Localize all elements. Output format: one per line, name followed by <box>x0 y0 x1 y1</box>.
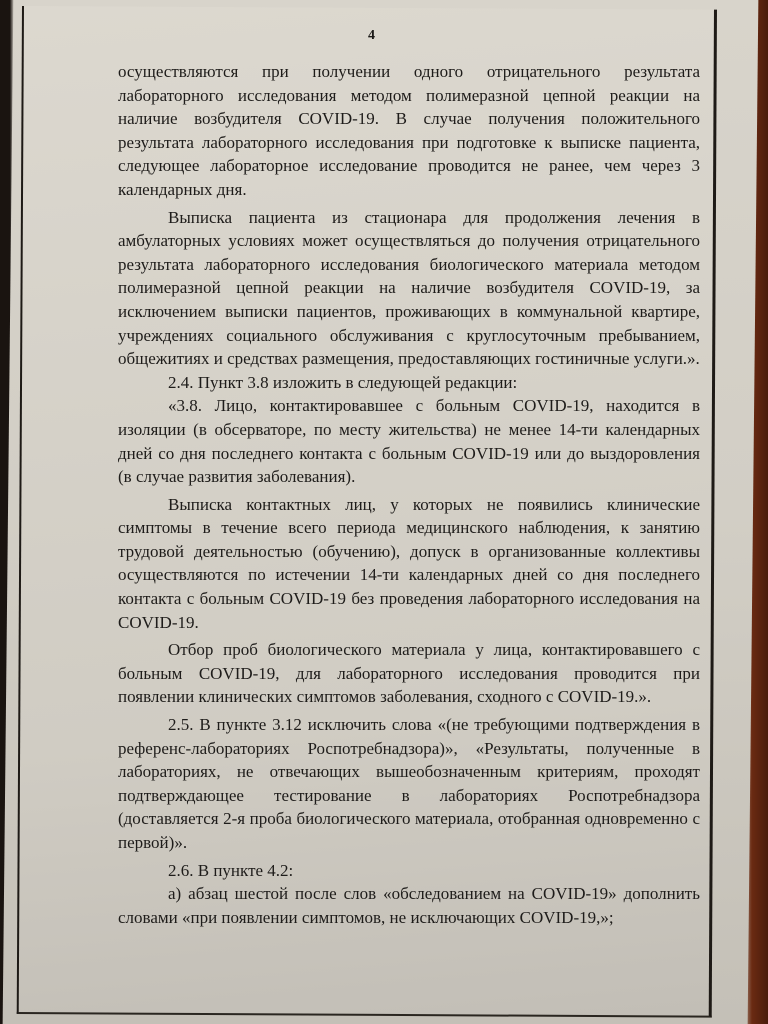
paragraph-continuation: осуществляются при получении одного отри… <box>118 60 700 202</box>
paragraph-discharge-outpatient: Выписка пациента из стационара для продо… <box>118 206 700 371</box>
paragraph-sample-collection: Отбор проб биологического материала у ли… <box>118 638 700 709</box>
paragraph-contact-discharge: Выписка контактных лиц, у которых не поя… <box>118 493 700 635</box>
document-body: осуществляются при получении одного отри… <box>118 60 700 929</box>
paragraph-item-2-4: 2.4. Пункт 3.8 изложить в следующей реда… <box>118 371 700 395</box>
paragraph-item-3-8: «3.8. Лицо, контактировавшее с больным C… <box>118 394 700 488</box>
paragraph-item-2-5: 2.5. В пункте 3.12 исключить слова «(не … <box>118 713 700 855</box>
paragraph-item-2-6: 2.6. В пункте 4.2: <box>118 859 700 883</box>
paragraph-item-2-6-a: а) абзац шестой после слов «обследование… <box>118 882 700 929</box>
page-number: 4 <box>368 28 375 44</box>
